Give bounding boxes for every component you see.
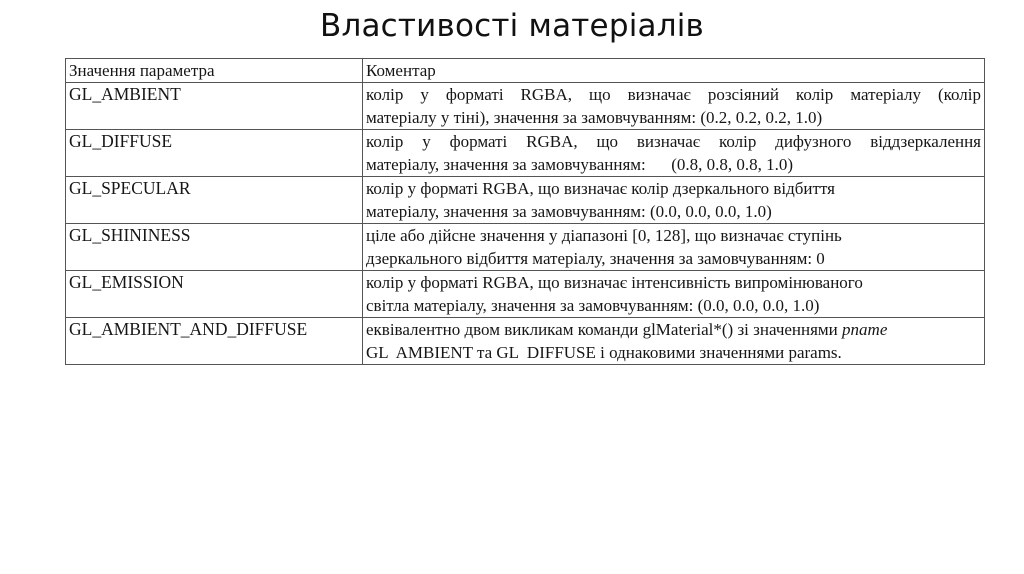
header-comment: Коментар — [363, 59, 985, 83]
comment-line: колір у форматі RGBA, що визначає колір … — [366, 177, 981, 200]
comment-line: ціле або дійсне значення у діапазоні [0,… — [366, 224, 981, 247]
param-comment: колір у форматі RGBA, що визначає розсія… — [363, 83, 985, 130]
comment-text: еквівалентно двом викликам команди glMat… — [366, 320, 842, 339]
table-row: GL_EMISSION колір у форматі RGBA, що виз… — [66, 271, 985, 318]
slide-title: Властивості матеріалів — [0, 4, 1024, 48]
comment-line: колір у форматі RGBA, що визначає колір … — [366, 130, 981, 153]
pname-italic: pname — [842, 320, 887, 339]
param-comment: колір у форматі RGBA, що визначає колір … — [363, 130, 985, 177]
param-comment: колір у форматі RGBA, що визначає інтенс… — [363, 271, 985, 318]
param-comment: колір у форматі RGBA, що визначає колір … — [363, 177, 985, 224]
param-comment: еквівалентно двом викликам команди glMat… — [363, 318, 985, 365]
param-name: GL_EMISSION — [66, 271, 363, 318]
comment-line: дзеркального відбиття матеріалу, значенн… — [366, 247, 981, 270]
comment-line: світла матеріалу, значення за замовчуван… — [366, 294, 981, 317]
table-row: GL_DIFFUSE колір у форматі RGBA, що визн… — [66, 130, 985, 177]
param-name: GL_AMBIENT — [66, 83, 363, 130]
param-name: GL_DIFFUSE — [66, 130, 363, 177]
comment-line: GL AMBIENT та GL DIFFUSE і однаковими зн… — [366, 341, 981, 364]
comment-line: матеріалу, значення за замовчуванням: (0… — [366, 200, 981, 223]
comment-line: колір у форматі RGBA, що визначає розсія… — [366, 83, 981, 106]
material-properties-table: Значення параметра Коментар GL_AMBIENT к… — [65, 58, 985, 365]
param-name: GL_SPECULAR — [66, 177, 363, 224]
param-name: GL_AMBIENT_AND_DIFFUSE — [66, 318, 363, 365]
table-row: GL_SPECULAR колір у форматі RGBA, що виз… — [66, 177, 985, 224]
comment-line: матеріалу, значення за замовчуванням: (0… — [366, 153, 981, 176]
header-parameter-value: Значення параметра — [66, 59, 363, 83]
table-row: GL_AMBIENT колір у форматі RGBA, що визн… — [66, 83, 985, 130]
comment-line: еквівалентно двом викликам команди glMat… — [366, 318, 981, 341]
param-comment: ціле або дійсне значення у діапазоні [0,… — [363, 224, 985, 271]
param-name: GL_SHININESS — [66, 224, 363, 271]
comment-line: колір у форматі RGBA, що визначає інтенс… — [366, 271, 981, 294]
comment-line: матеріалу у тіні), значення за замовчува… — [366, 106, 981, 129]
table-header-row: Значення параметра Коментар — [66, 59, 985, 83]
table-row: GL_AMBIENT_AND_DIFFUSE еквівалентно двом… — [66, 318, 985, 365]
table-row: GL_SHININESS ціле або дійсне значення у … — [66, 224, 985, 271]
